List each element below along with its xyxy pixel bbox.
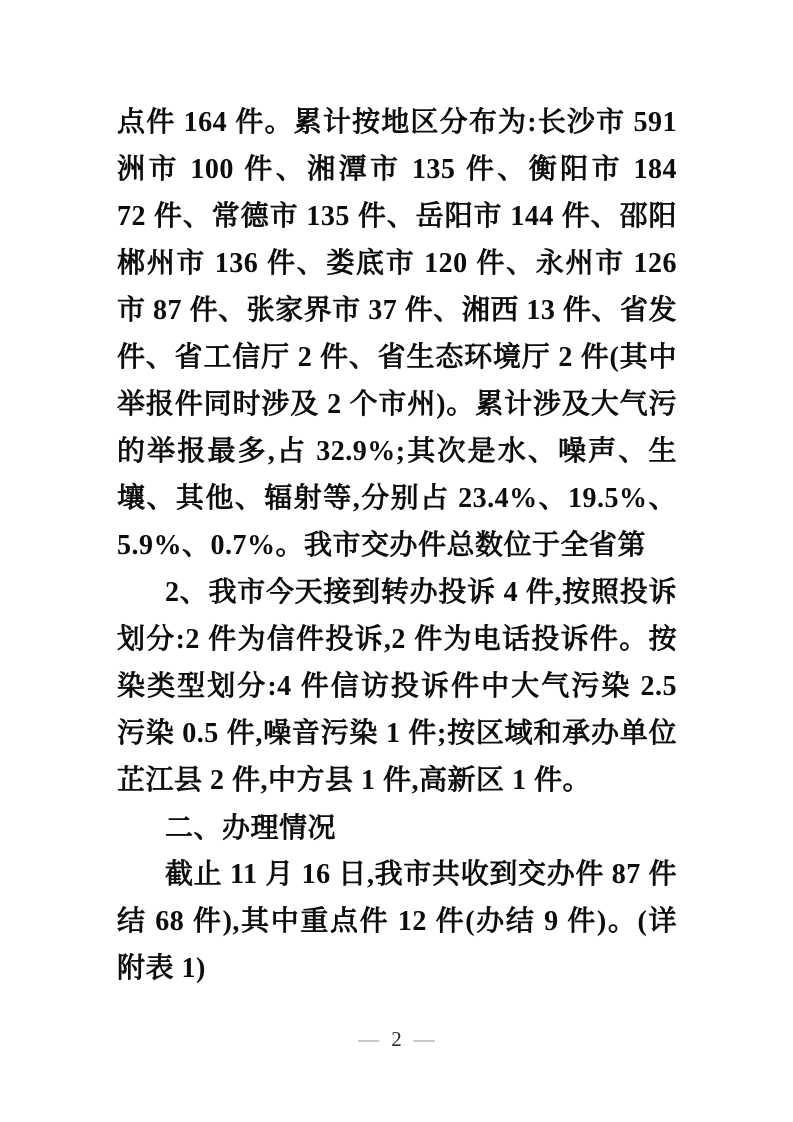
section-heading: 二、办理情况	[117, 804, 677, 851]
footer-left-dash: —	[358, 1027, 379, 1051]
body-line: 划分:2 件为信件投诉,2 件为电话投诉件。按照污	[117, 616, 677, 663]
document-page: 点件 164 件。累计按地区分布为:长沙市 591 件、株 洲市 100 件、湘…	[0, 0, 793, 1122]
page-footer: —2—	[0, 1026, 793, 1052]
body-line: 5.9%、0.7%。我市交办件总数位于全省第 11 位。	[117, 522, 677, 569]
page-number: 2	[391, 1027, 402, 1051]
body-line: 壤、其他、辐射等,分别占 23.4%、19.5%、9.8%、7.9%、	[117, 475, 677, 522]
body-line: 截止 11 月 16 日,我市共收到交办件 87 件(办	[117, 851, 677, 898]
body-line: 举报件同时涉及 2 个市州)。累计涉及大气污染方面	[117, 381, 677, 428]
body-line: 的举报最多,占 32.9%;其次是水、噪声、生态、土	[117, 428, 677, 475]
body-line: 72 件、常德市 135 件、岳阳市 144 件、邵阳市 137 件、	[117, 193, 677, 240]
body-line: 郴州市 136 件、娄底市 120 件、永州市 126 件、怀化	[117, 240, 677, 287]
document-body: 点件 164 件。累计按地区分布为:长沙市 591 件、株 洲市 100 件、湘…	[117, 99, 677, 992]
body-line: 芷江县 2 件,中方县 1 件,高新区 1 件。	[117, 757, 677, 804]
body-line: 2、我市今天接到转办投诉 4 件,按照投诉类型	[117, 569, 677, 616]
body-line: 点件 164 件。累计按地区分布为:长沙市 591 件、株	[117, 99, 677, 146]
body-line: 市 87 件、张家界市 37 件、湘西 13 件、省发改委 7	[117, 287, 677, 334]
body-line: 洲市 100 件、湘潭市 135 件、衡阳市 184 件、益阳市	[117, 146, 677, 193]
body-line: 污染 0.5 件,噪音污染 1 件;按区域和承办单位划分:	[117, 710, 677, 757]
body-line: 件、省工信厅 2 件、省生态环境厅 2 件(其中有 3 个	[117, 334, 677, 381]
body-line: 附表 1)	[117, 945, 677, 992]
footer-right-dash: —	[414, 1027, 435, 1051]
body-line: 染类型划分:4 件信访投诉件中大气污染 2.5 件,水	[117, 663, 677, 710]
body-line: 结 68 件),其中重点件 12 件(办结 9 件)。(详见	[117, 898, 677, 945]
